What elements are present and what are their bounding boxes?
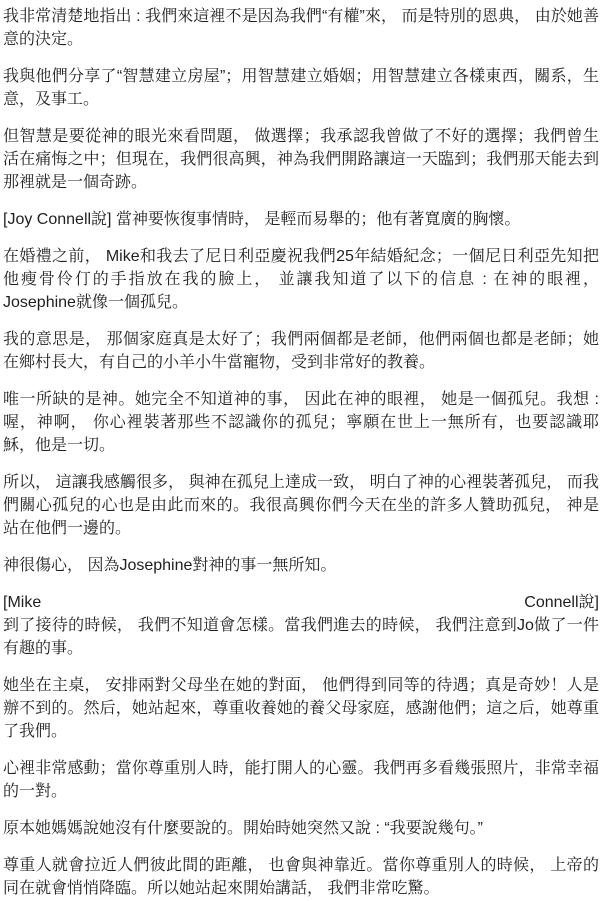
paragraph-10-mike-connell-quote: [Mike Connell說] 到了接待的時候， 我們不知道會怎樣。當我們進去的… [3, 591, 599, 660]
paragraph-6: 我的意思是， 那個家庭真是太好了；我們兩個都是老師，他們兩個也都是老師；她在鄉村… [3, 328, 599, 374]
document-page: 我非常清楚地指出 : 我們來這裡不是因為我們“有權”來， 而是特別的恩典， 由於… [0, 0, 607, 901]
paragraph-7: 唯一所缺的是神。她完全不知道神的事， 因此在神的眼裡， 她是一個孤兒。我想 : … [3, 388, 599, 457]
speaker-name-right: Connell說] [524, 591, 599, 614]
paragraph-5: 在婚禮之前， Mike和我去了尼日利亞慶祝我們25年結婚紀念；一個尼日利亞先知把… [3, 245, 599, 314]
paragraph-11: 她坐在主桌， 安排兩對父母坐在她的對面， 他們得到同等的待遇；真是奇妙！人是辦不… [3, 674, 599, 743]
paragraph-8: 所以， 這讓我感觸很多， 與神在孤兒上達成一致， 明白了神的心裡裝著孤兒， 而我… [3, 471, 599, 540]
paragraph-2: 我與他們分享了“智慧建立房屋”；用智慧建立婚姻；用智慧建立各樣東西，關系，生意，… [3, 65, 599, 111]
speaker-attribution-line: [Mike Connell說] [3, 591, 599, 614]
speaker-name-left: [Mike [3, 591, 41, 614]
paragraph-9: 神很傷心， 因為Josephine對神的事一無所知。 [3, 554, 599, 577]
paragraph-1: 我非常清楚地指出 : 我們來這裡不是因為我們“有權”來， 而是特別的恩典， 由於… [3, 5, 599, 51]
paragraph-12: 心裡非常感動；當你尊重別人時，能打開人的心靈。我們再多看幾張照片，非常幸福的一對… [3, 757, 599, 803]
paragraph-14: 尊重人就會拉近人們彼此間的距離， 也會與神靠近。當你尊重別人的時候， 上帝的同在… [3, 854, 599, 900]
paragraph-13: 原本她媽媽說她沒有什麼要說的。開始時她突然又說 : “我要說幾句。” [3, 817, 599, 840]
paragraph-text: 到了接待的時候， 我們不知道會怎樣。當我們進去的時候， 我們注意到Jo做了一件有… [3, 614, 599, 660]
paragraph-4-joy-connell-quote: [Joy Connell說] 當神要恢復事情時， 是輕而易舉的；他有著寬廣的胸懷… [3, 208, 599, 231]
paragraph-3: 但智慧是要從神的眼光來看問題， 做選擇；我承認我曾做了不好的選擇；我們曾生活在痛… [3, 125, 599, 194]
